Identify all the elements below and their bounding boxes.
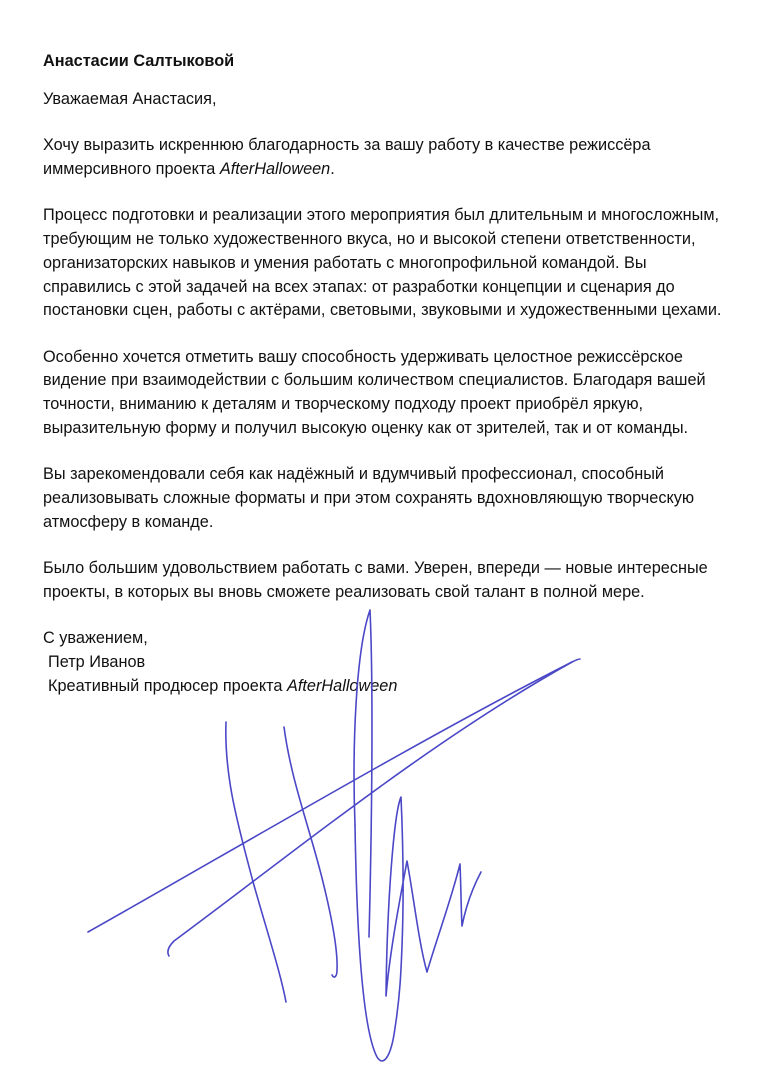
signature-stroke-main-loop (355, 797, 481, 1061)
sender-title-text: Креативный продюсер проекта (48, 677, 287, 695)
paragraph-professional: Вы зарекомендовали себя как надёжный и в… (43, 463, 727, 534)
paragraph-process: Процесс подготовки и реализации этого ме… (43, 204, 727, 323)
signature-stroke-diagonal-upper (88, 659, 580, 932)
sender-name: Петр Иванов (43, 651, 727, 675)
signature-stroke-left-1 (226, 722, 286, 1002)
sender-title-project: AfterHalloween (287, 677, 397, 695)
closing-block: С уважением, Петр Иванов Креативный прод… (43, 627, 727, 698)
paragraph-vision: Особенно хочется отметить вашу способнос… (43, 346, 727, 441)
salutation: Уважаемая Анастасия, (43, 88, 727, 112)
project-name: AfterHalloween (220, 160, 330, 178)
letter-page: Анастасии Салтыковой Уважаемая Анастасия… (0, 0, 768, 1086)
sender-title: Креативный продюсер проекта AfterHallowe… (43, 675, 727, 699)
letter-body: Анастасии Салтыковой Уважаемая Анастасия… (43, 50, 727, 699)
paragraph-gratitude: Хочу выразить искреннюю благодарность за… (43, 134, 727, 182)
signature-stroke-left-2 (284, 727, 337, 977)
paragraph-gratitude-period: . (330, 160, 335, 178)
closing-regards: С уважением, (43, 627, 727, 651)
recipient-name: Анастасии Салтыковой (43, 50, 727, 74)
signature-stroke-diagonal-lower (168, 662, 572, 956)
paragraph-gratitude-text: Хочу выразить искреннюю благодарность за… (43, 136, 651, 178)
paragraph-farewell: Было большим удовольствием работать с ва… (43, 557, 727, 605)
